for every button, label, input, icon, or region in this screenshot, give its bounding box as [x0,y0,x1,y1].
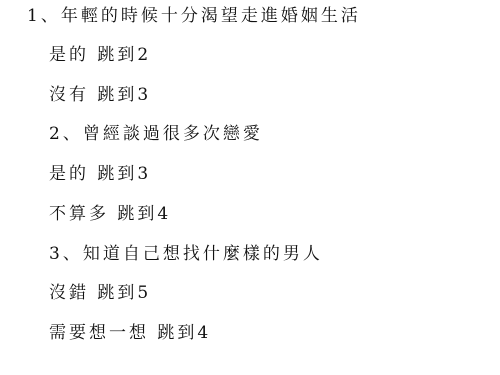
question-2: 2、曾經談過很多次戀愛 [49,123,263,145]
question-1: 1、年輕的時候十分渴望走進婚姻生活 [27,5,361,27]
option-3-1: 沒錯 跳到5 [49,282,151,304]
option-3-2: 需要想一想 跳到4 [49,322,211,344]
option-1-1: 是的 跳到2 [49,44,151,66]
option-2-2: 不算多 跳到4 [49,203,171,225]
option-2-1: 是的 跳到3 [49,163,151,185]
option-1-2: 沒有 跳到3 [49,84,151,106]
question-3: 3、知道自己想找什麼樣的男人 [49,243,323,265]
